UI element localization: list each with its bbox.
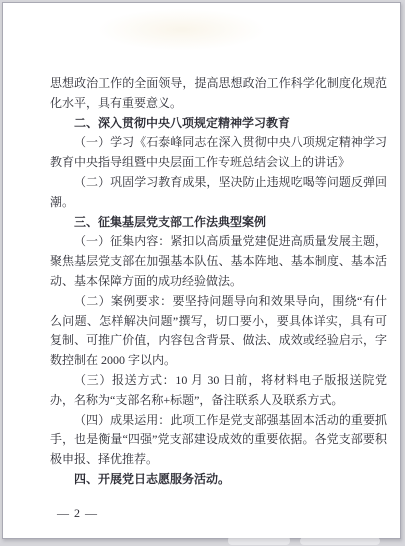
section-heading-2: 二、深入贯彻中央八项规定精神学习教育 <box>50 114 387 134</box>
scan-artifact <box>228 536 290 545</box>
paragraph-2-1: （一）学习《石泰峰同志在深入贯彻中央八项规定精神学习教育中央指导组暨中央层面工作… <box>50 133 387 173</box>
page-number: — 2 — <box>57 506 98 521</box>
paragraph-3-4: （四）成果运用：此项工作是党支部强基固本活动的重要抓手，也是衡量“四强”党支部建… <box>50 411 387 470</box>
scanned-document: 思想政治工作的全面领导，提高思想政治工作科学化制度化规范化水平，具有重要意义。 … <box>0 0 405 546</box>
section-heading-4: 四、开展党日志愿服务活动。 <box>50 470 387 490</box>
paragraph-3-2: （二）案例要求：要坚持问题导向和效果导向，围绕“有什么问题、怎样解决问题”撰写，… <box>50 292 387 371</box>
paragraph-3-3: （三）报送方式：10 月 30 日前，将材料电子版报送院党办，名称为“支部名称+… <box>50 371 387 411</box>
scan-artifact <box>300 537 380 545</box>
paragraph-2-2: （二）巩固学习教育成果，坚决防止违规吃喝等问题反弹回潮。 <box>50 173 387 213</box>
section-heading-3: 三、征集基层党支部工作法典型案例 <box>50 213 387 233</box>
paragraph-continued: 思想政治工作的全面领导，提高思想政治工作科学化制度化规范化水平，具有重要意义。 <box>50 74 387 114</box>
paragraph-3-1: （一）征集内容：紧扣以高质量党建促进高质量发展主题，聚焦基层党支部在加强基本队伍… <box>50 232 387 291</box>
page-content: 思想政治工作的全面领导，提高思想政治工作科学化制度化规范化水平，具有重要意义。 … <box>3 3 400 490</box>
document-page: 思想政治工作的全面领导，提高思想政治工作科学化制度化规范化水平，具有重要意义。 … <box>2 2 401 539</box>
